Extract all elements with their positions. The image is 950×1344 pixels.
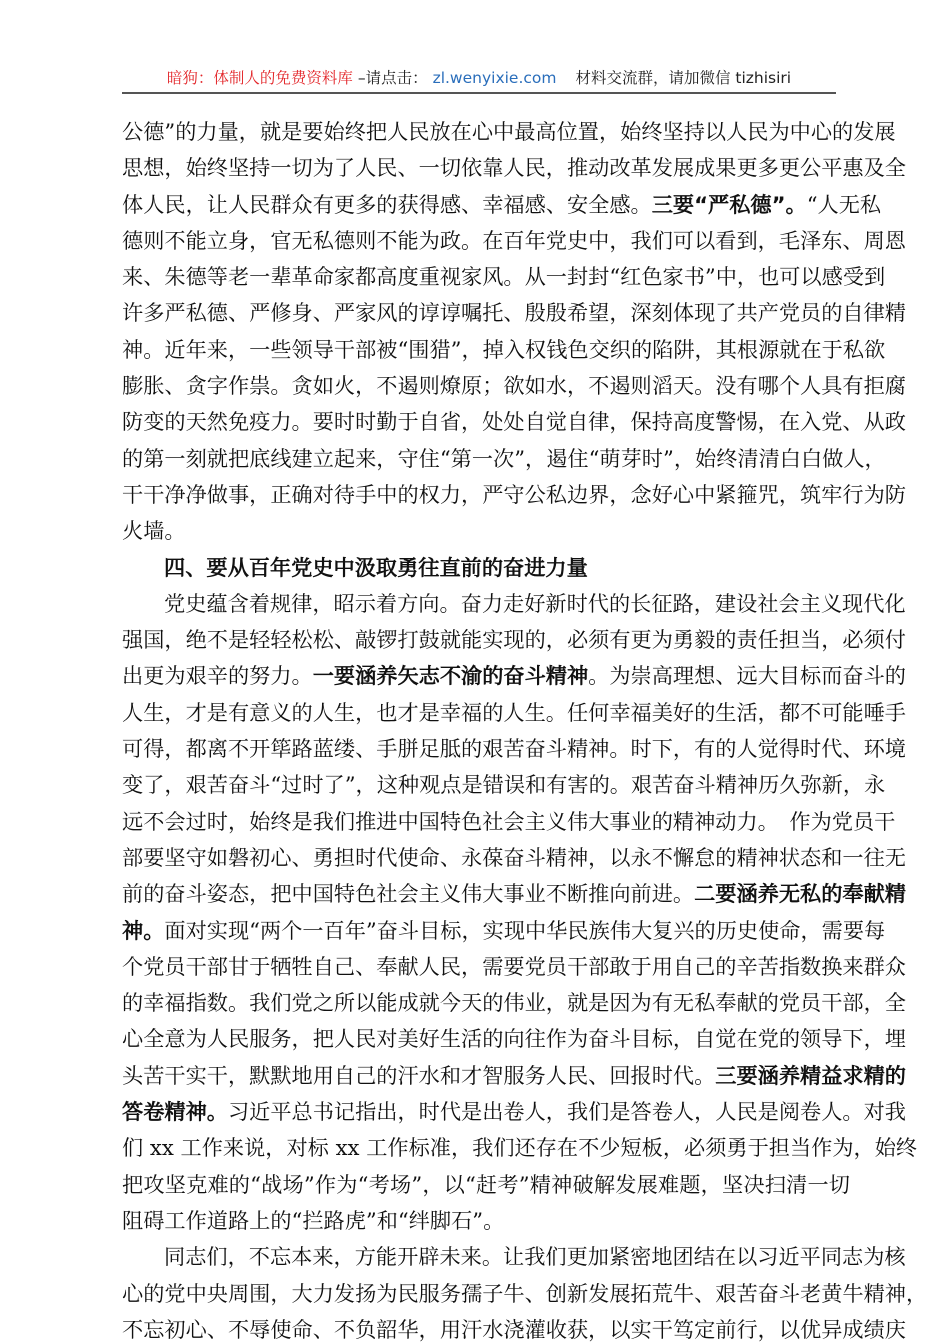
text-line: 防变的天然免疫力。要时时勤于自省，处处自觉自律，保持高度警惕，在入党、从政 (122, 404, 850, 440)
text-line: 不忘初心、不辱使命、不负韶华，用汗水浇灌收获，以实干笃定前行，以优异成绩庆 (122, 1312, 850, 1344)
text-line: 前的奋斗姿态，把中国特色社会主义伟大事业不断推向前进。二要涵养无私的奉献精 (122, 876, 850, 912)
bold-point: 三要涵养精益求精的 (715, 1063, 906, 1088)
text-line: 膨胀、贪字作祟。贪如火，不遏则燎原；欲如水，不遏则滔天。没有哪个人具有拒腐 (122, 368, 850, 404)
text-line: 把攻坚克难的“战场”作为“考场”，以“赶考”精神破解发展难题，坚决扫清一切 (122, 1167, 850, 1203)
wechat-text: 材料交流群，请加微信 tizhisiri (575, 69, 791, 87)
text-line: 头苦干实干，默默地用自己的汗水和才智服务人民、回报时代。三要涵养精益求精的 (122, 1058, 850, 1094)
page-header: 暗狗：体制人的免费资料库 –请点击： zl.wenyixie.com 材料交流群… (122, 66, 836, 90)
text-line: 德则不能立身，官无私德则不能为政。在百年党史中，我们可以看到，毛泽东、周恩 (122, 223, 850, 259)
click-prefix: –请点击： (358, 69, 428, 87)
text-line: 思想，始终坚持一切为了人民、一切依靠人民，推动改革发展成果更多更公平惠及全 (122, 150, 850, 186)
bold-point: 三要“严私德”。 (652, 192, 807, 217)
text-line: 变了，艰苦奋斗“过时了”，这种观点是错误和有害的。艰苦奋斗精神历久弥新，永 (122, 767, 850, 803)
header-divider (122, 92, 836, 94)
text-line: 来、朱德等老一辈革命家都高度重视家风。从一封封“红色家书”中，也可以感受到 (122, 259, 850, 295)
document-body: 公德”的力量，就是要始终把人民放在心中最高位置，始终坚持以人民为中心的发展 思想… (122, 114, 850, 1344)
text-line: 远不会过时，始终是我们推进中国特色社会主义伟大事业的精神动力。 作为党员干 (122, 804, 850, 840)
text-line: 们 xx 工作来说，对标 xx 工作标准，我们还存在不少短板，必须勇于担当作为，… (122, 1130, 850, 1166)
text-line: 公德”的力量，就是要始终把人民放在心中最高位置，始终坚持以人民为中心的发展 (122, 114, 850, 150)
text-line: 党史蕴含着规律，昭示着方向。奋力走好新时代的长征路，建设社会主义现代化 (122, 586, 850, 622)
text-line: 神。面对实现“两个一百年”奋斗目标，实现中华民族伟大复兴的历史使命，需要每 (122, 913, 850, 949)
text-line: 答卷精神。习近平总书记指出，时代是出卷人，我们是答卷人，人民是阅卷人。对我 (122, 1094, 850, 1130)
text-line: 干干净净做事，正确对待手中的权力，严守公私边界，念好心中紧箍咒，筑牢行为防 (122, 477, 850, 513)
text-line: 心全意为人民服务，把人民对美好生活的向往作为奋斗目标，自觉在党的领导下，埋 (122, 1021, 850, 1057)
bold-point: 答卷精神。 (122, 1099, 228, 1124)
site-link[interactable]: zl.wenyixie.com (433, 69, 557, 87)
text-line: 个党员干部甘于牺牲自己、奉献人民，需要党员干部敢于用自己的辛苦指数换来群众 (122, 949, 850, 985)
text-line: 的幸福指数。我们党之所以能成就今天的伟业，就是因为有无私奉献的党员干部，全 (122, 985, 850, 1021)
bold-point: 神。 (122, 918, 164, 943)
text-line: 阻碍工作道路上的“拦路虎”和“绊脚石”。 (122, 1203, 850, 1239)
text-line: 同志们，不忘本来，方能开辟未来。让我们更加紧密地团结在以习近平同志为核 (122, 1239, 850, 1275)
text-line: 心的党中央周围，大力发扬为民服务孺子牛、创新发展拓荒牛、艰苦奋斗老黄牛精神， (122, 1276, 850, 1312)
section-heading: 四、要从百年党史中汲取勇往直前的奋进力量 (122, 550, 850, 586)
bold-point: 二要涵养无私的奉献精 (694, 881, 906, 906)
text-line: 出更为艰辛的努力。一要涵养矢志不渝的奋斗精神。为崇高理想、远大目标而奋斗的 (122, 658, 850, 694)
text-line: 神。近年来，一些领导干部被“围猎”，掉入权钱色交织的陷阱，其根源就在于私欲 (122, 332, 850, 368)
text-line: 火墙。 (122, 513, 850, 549)
text-line: 部要坚守如磐初心、勇担时代使命、永葆奋斗精神，以永不懈怠的精神状态和一往无 (122, 840, 850, 876)
brand-text: 暗狗：体制人的免费资料库 (167, 69, 353, 87)
text-line: 许多严私德、严修身、严家风的谆谆嘱托、殷殷希望，深刻体现了共产党员的自律精 (122, 295, 850, 331)
bold-point: 一要涵养矢志不渝的奋斗精神 (313, 663, 588, 688)
text-line: 体人民，让人民群众有更多的获得感、幸福感、安全感。三要“严私德”。“人无私 (122, 187, 850, 223)
text-line: 可得，都离不开筚路蓝缕、手胼足胝的艰苦奋斗精神。时下，有的人觉得时代、环境 (122, 731, 850, 767)
text-line: 的第一刻就把底线建立起来，守住“第一次”，遏住“萌芽时”，始终清清白白做人， (122, 441, 850, 477)
text-line: 强国，绝不是轻轻松松、敲锣打鼓就能实现的，必须有更为勇毅的责任担当，必须付 (122, 622, 850, 658)
text-line: 人生，才是有意义的人生，也才是幸福的人生。任何幸福美好的生活，都不可能唾手 (122, 695, 850, 731)
